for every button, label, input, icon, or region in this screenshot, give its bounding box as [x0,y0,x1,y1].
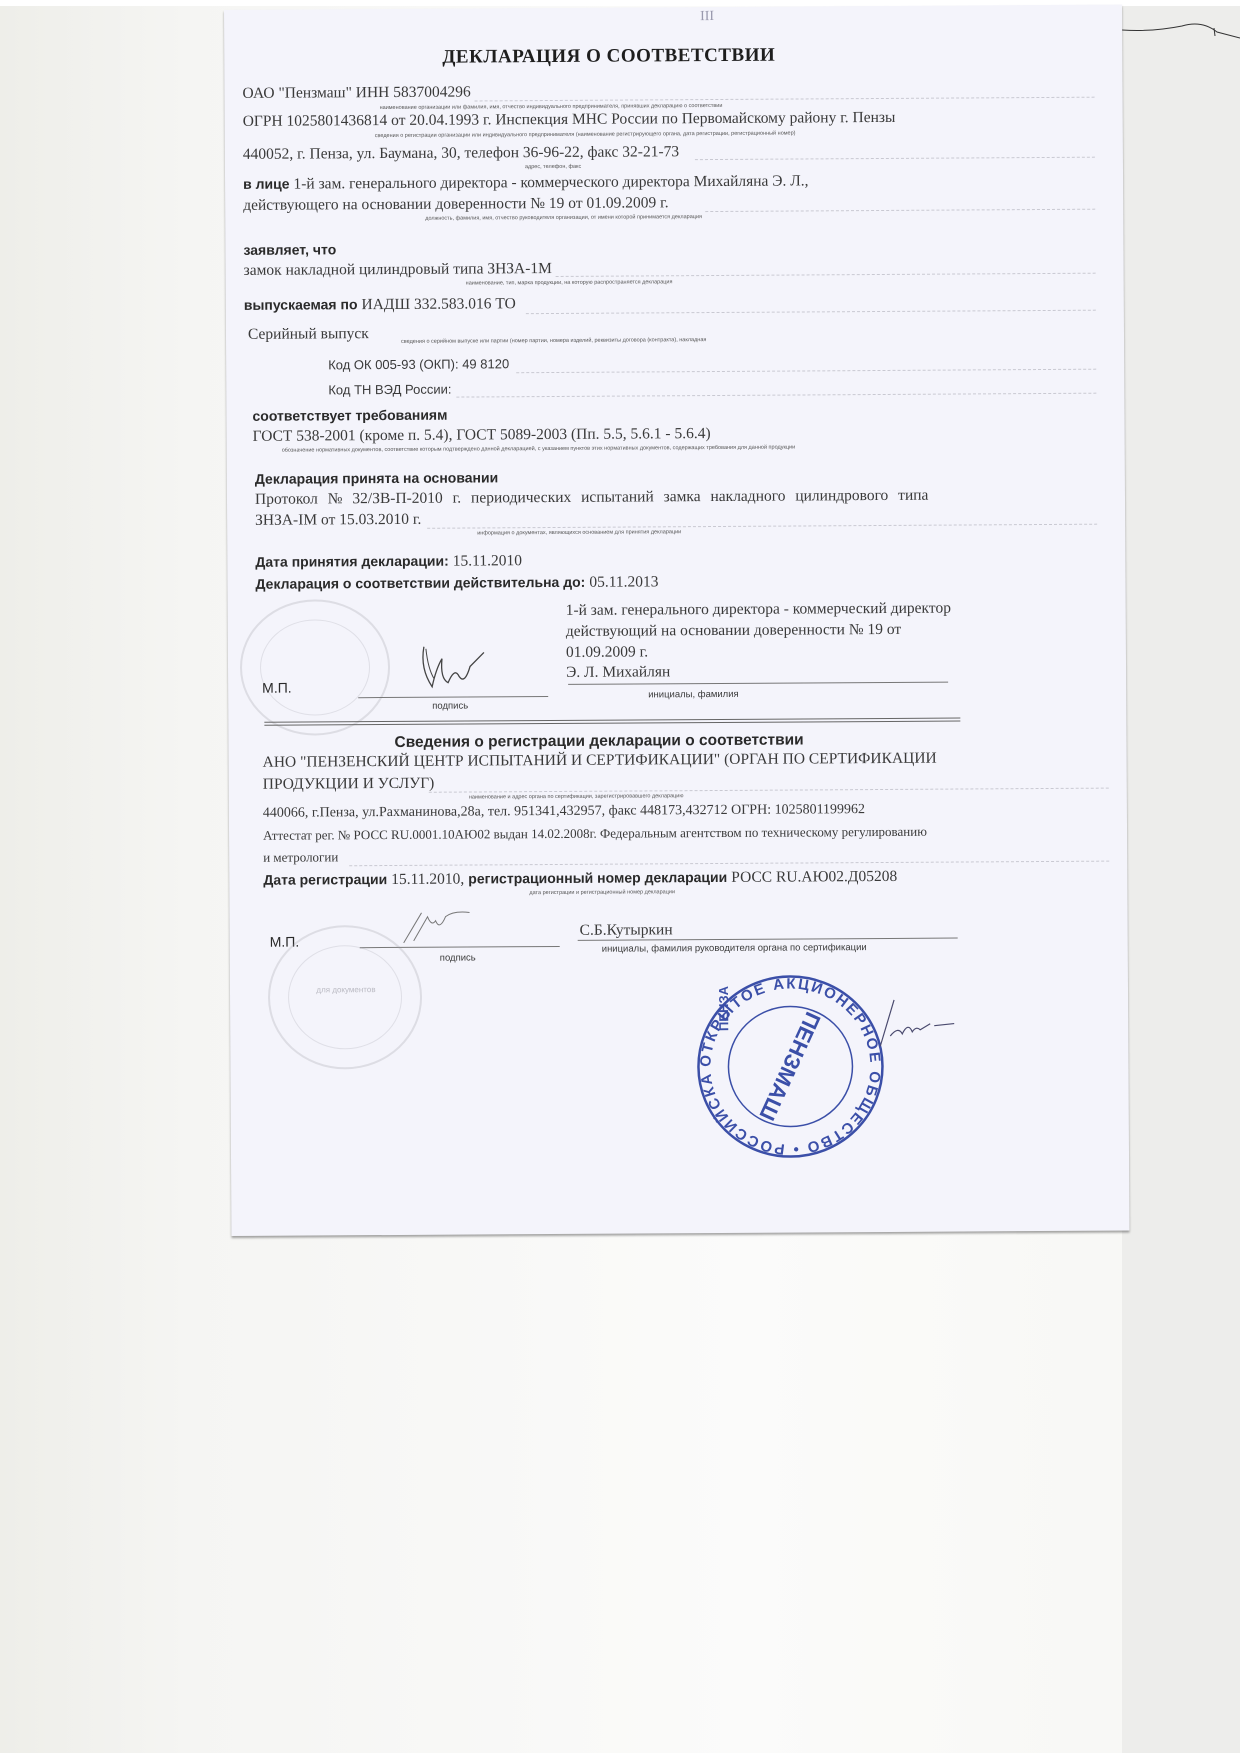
field-line [427,524,1097,529]
field-line [349,861,1109,867]
field-line [556,273,1096,277]
valid-until-value: 05.11.2013 [589,573,658,590]
representative-line1: в лице 1-й зам. генерального директора -… [243,172,809,193]
faded-stamp-applicant [240,599,391,736]
cert-signatory-name: С.Б.Кутыркин [580,921,673,940]
faded-stamp-cert-body: для документов [268,925,423,1070]
registration-heading: Сведения о регистрации декларации о соот… [394,731,803,751]
underlying-sheet [1122,6,1240,1753]
basis-hint: информация о документах, являющихся осно… [477,529,681,536]
product-name: замок накладной цилиндровый типа ЗНЗА-1М [244,260,552,280]
complies-label: соответствует требованиям [252,407,447,424]
tn-ved-code: Код ТН ВЭД России: [328,382,451,398]
ogrn-hint: сведения о регистрации организации или и… [375,131,796,140]
signature-over-seal-icon [850,996,960,1057]
document-title: ДЕКЛАРАЦИЯ О СООТВЕТСТВИИ [442,45,775,69]
applicant-name: ОАО "Пензмаш" ИНН 5837004296 [242,83,470,102]
registration-number-label: регистрационный номер декларации [468,869,727,887]
seal-center-text: ПЕНЗМАШ [754,1008,825,1124]
serial-hint: сведения о серийном выпуске или партии (… [401,337,706,345]
field-line [695,157,1095,160]
applicant-address: 440052, г. Пенза, ул. Баумана, 30, телеф… [243,143,679,164]
serial-release: Серийный выпуск [248,325,369,344]
accepted-date-value: 15.11.2010 [453,552,522,569]
section-divider [264,718,960,726]
signature-kutyrkin-icon [399,906,489,947]
complies-hint: обозначение нормативных документов, соот… [282,445,796,454]
registration-hint: дата регистрации и регистрационный номер… [529,889,675,896]
address-hint: адрес, телефон, факс [525,164,581,170]
signatory-basis: действующий на основании доверенности № … [566,621,901,641]
basis-label: Декларация принята на основании [255,469,498,486]
registration-date-value: 15.11.2010, [391,871,464,888]
product-hint: наименование, тип, марка продукции, на к… [466,279,673,286]
valid-until-label: Декларация о соответствии действительна … [255,574,585,592]
valid-until-line: Декларация о соответствии действительна … [255,573,658,593]
representative-line2: действующего на основании доверенности №… [243,194,668,215]
registration-line: Дата регистрации 15.11.2010, регистрацио… [263,868,897,890]
accepted-date-line: Дата принятия декларации: 15.11.2010 [255,552,522,572]
field-line [456,393,1096,398]
mp-label: М.П. [262,680,292,696]
signature-mikhaylyan-icon [414,638,494,698]
produced-line: выпускаемая по ИАДШ 332.583.016 ТО [244,295,516,315]
complies-standards: ГОСТ 538-2001 (кроме п. 5.4), ГОСТ 5089-… [253,425,711,446]
accepted-date-label: Дата принятия декларации: [255,553,449,570]
attestat-line1: Аттестат рег. № РОСС RU.0001.10АЮ02 выда… [263,824,927,844]
field-line [429,788,1109,793]
cert-body-hint: наименование и адрес органа по сертифика… [469,793,684,800]
registration-number-value: РОСС RU.АЮ02.Д05208 [731,868,897,886]
name-line [568,682,948,685]
cert-body-address: 440066, г.Пенза, ул.Рахманинова,28а, тел… [263,802,865,822]
applicant-ogrn: ОГРН 1025801436814 от 20.04.1993 г. Инсп… [243,109,896,131]
name-hint: инициалы, фамилия [648,689,739,701]
okp-code: Код ОК 005-93 (ОКП): 49 8120 [328,356,509,372]
declaration-page: III ДЕКЛАРАЦИЯ О СООТВЕТСТВИИ ОАО "Пензм… [224,5,1129,1236]
seal-city-text: ПЕНЗА [716,985,731,1031]
signatory-name: Э. Л. Михайлян [566,663,670,682]
signature-hint: подпись [432,701,468,712]
field-line [526,310,1096,314]
cert-signature-hint: подпись [440,952,476,963]
attestat-line2: и метрологии [263,849,338,865]
field-line [475,97,1095,102]
field-line [705,209,1095,212]
signatory-position: 1-й зам. генерального директора - коммер… [566,600,951,620]
produced-value: ИАДШ 332.583.016 ТО [361,295,515,313]
basis-line2: ЗНЗА-IM от 15.03.2010 г. [255,511,421,530]
representative-hint: должность, фамилия, имя, отчество руково… [425,214,702,222]
registration-date-label: Дата регистрации [263,871,387,888]
faded-stamp-text: для документов [316,985,376,994]
declares-label: заявляет, что [243,241,336,258]
produced-label: выпускаемая по [244,296,358,313]
page-mark: III [700,9,714,25]
signatory-basis-date: 01.09.2009 г. [566,643,648,662]
basis-line1: Протокол № 32/ЗВ-П-2010 г. периодических… [255,487,929,509]
paper-curl-icon [1122,16,1240,46]
cert-body-line1: АНО "ПЕНЗЕНСКИЙ ЦЕНТР ИСПЫТАНИЙ И СЕРТИФ… [263,750,937,772]
cert-name-hint: инициалы, фамилия руководителя органа по… [602,942,867,955]
cert-body-line2: ПРОДУКЦИИ И УСЛУГ) [263,775,435,794]
representative-label: в лице [243,176,289,192]
representative-value: 1-й зам. генерального директора - коммер… [293,172,808,192]
field-line [516,369,1096,374]
